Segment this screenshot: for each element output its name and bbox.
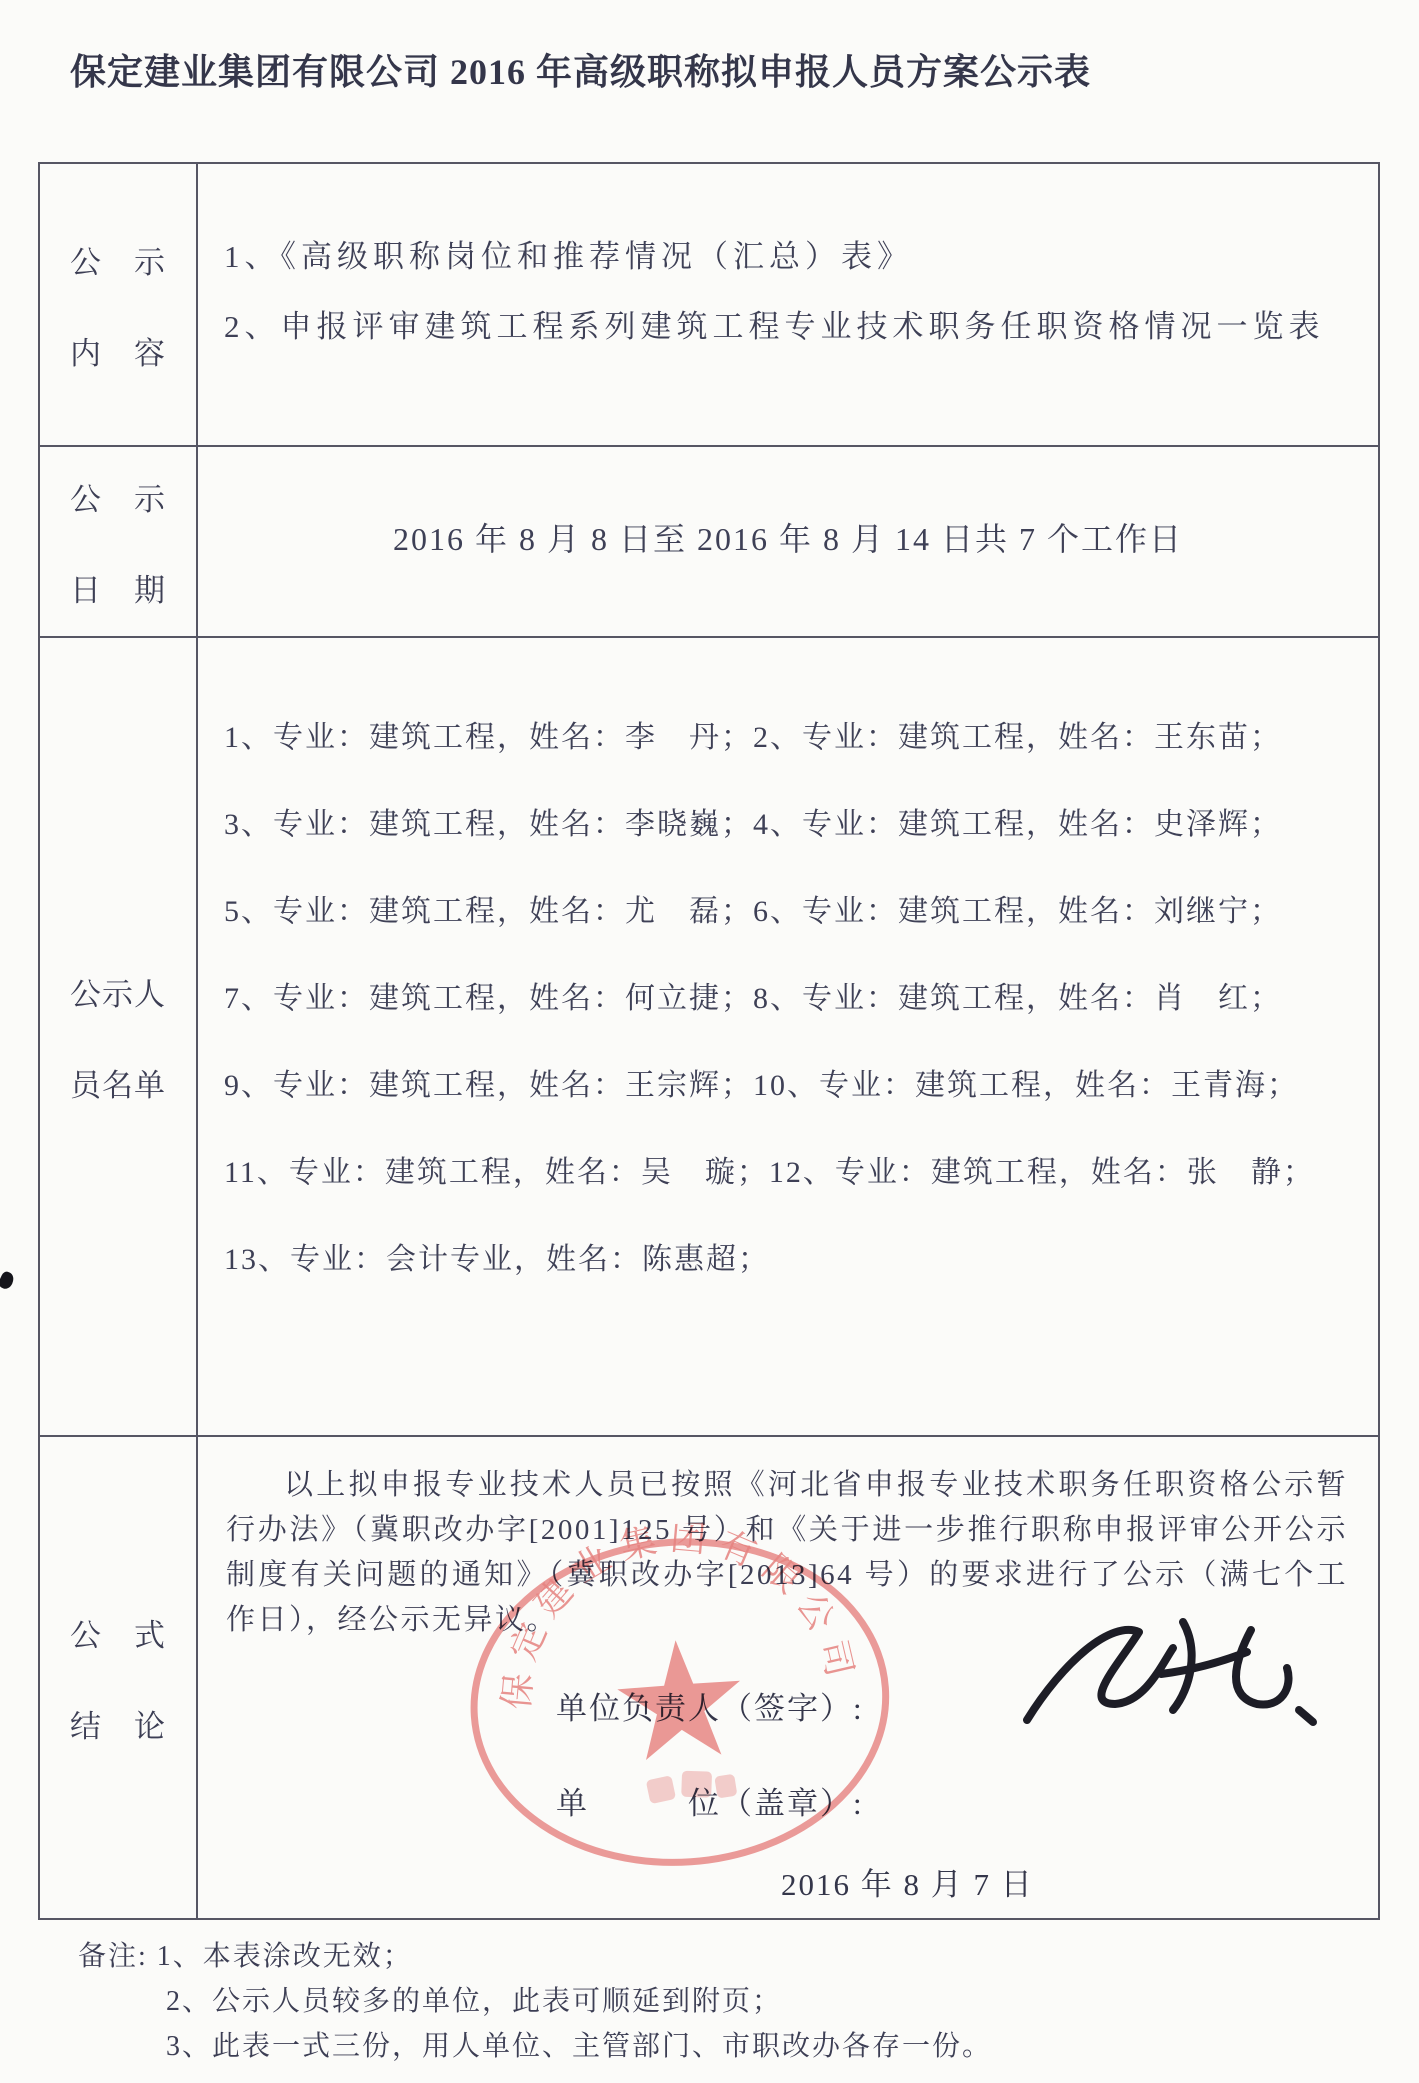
note-line: 3、此表一式三份，用人单位、主管部门、市职改办各存一份。 — [166, 2024, 992, 2069]
label-line: 公 示 — [70, 474, 166, 519]
personnel-list-cell: 1、专业：建筑工程，姓名：李 丹；2、专业：建筑工程，姓名：王东苗； 3、专业：… — [198, 638, 1378, 1435]
note-line: 2、公示人员较多的单位，此表可顺延到附页； — [166, 1979, 992, 2024]
row-conclusion: 公 式 结 论 以上拟申报专业技术人员已按照《河北省申报专业技术职务任职资格公示… — [40, 1437, 1378, 1918]
personnel-entry: 5、专业：建筑工程，姓名：尤 磊；6、专业：建筑工程，姓名：刘继宁； — [224, 868, 1352, 955]
label-line: 公 示 — [70, 237, 166, 282]
notice-table: 公 示 内 容 1、《高级职称岗位和推荐情况（汇总）表》 2、申报评审建筑工程系… — [38, 162, 1380, 1920]
personnel-entry: 11、专业：建筑工程，姓名：吴 璇；12、专业：建筑工程，姓名：张 静； — [224, 1129, 1352, 1216]
label-personnel-list: 公示人 员名单 — [40, 638, 198, 1435]
personnel-entry: 3、专业：建筑工程，姓名：李晓巍；4、专业：建筑工程，姓名：史泽辉； — [224, 781, 1352, 868]
content-item: 1、《高级职称岗位和推荐情况（汇总）表》 — [224, 222, 1352, 292]
conclusion-paragraph: 以上拟申报专业技术人员已按照《河北省申报专业技术职务任职资格公示暂行办法》（冀职… — [226, 1463, 1348, 1643]
personnel-entry: 9、专业：建筑工程，姓名：王宗辉；10、专业：建筑工程，姓名：王青海； — [224, 1042, 1352, 1129]
label-line: 结 论 — [70, 1701, 166, 1746]
notes-prefix: 备注: — [78, 1941, 148, 1972]
label-line: 公示人 — [70, 969, 166, 1014]
label-line: 内 容 — [70, 328, 166, 373]
label-public-content: 公 示 内 容 — [40, 164, 198, 445]
public-date-cell: 2016 年 8 月 8 日至 2016 年 8 月 14 日共 7 个工作日 — [198, 447, 1378, 636]
note-item: 1、本表涂改无效； — [157, 1941, 413, 1972]
conclusion-date: 2016 年 8 月 7 日 — [781, 1859, 1348, 1904]
row-public-content: 公 示 内 容 1、《高级职称岗位和推荐情况（汇总）表》 2、申报评审建筑工程系… — [40, 164, 1378, 447]
personnel-entry: 13、专业：会计专业，姓名：陈惠超； — [224, 1216, 1352, 1303]
label-line: 员名单 — [70, 1060, 166, 1105]
note-line: 备注: 1、本表涂改无效； — [78, 1934, 992, 1979]
label-line: 公 式 — [70, 1610, 166, 1655]
page-title: 保定建业集团有限公司 2016 年高级职称拟申报人员方案公示表 — [70, 44, 1091, 95]
row-personnel-list: 公示人 员名单 1、专业：建筑工程，姓名：李 丹；2、专业：建筑工程，姓名：王东… — [40, 638, 1378, 1437]
content-item: 2、申报评审建筑工程系列建筑工程专业技术职务任职资格情况一览表 — [224, 292, 1352, 362]
label-public-date: 公 示 日 期 — [40, 447, 198, 636]
row-public-date: 公 示 日 期 2016 年 8 月 8 日至 2016 年 8 月 14 日共… — [40, 447, 1378, 638]
label-line: 日 期 — [70, 565, 166, 610]
public-content-cell: 1、《高级职称岗位和推荐情况（汇总）表》 2、申报评审建筑工程系列建筑工程专业技… — [198, 164, 1378, 445]
public-date-value: 2016 年 8 月 8 日至 2016 年 8 月 14 日共 7 个工作日 — [393, 514, 1183, 560]
conclusion-cell: 以上拟申报专业技术人员已按照《河北省申报专业技术职务任职资格公示暂行办法》（冀职… — [198, 1437, 1378, 1918]
notes: 备注: 1、本表涂改无效； 2、公示人员较多的单位，此表可顺延到附页； 3、此表… — [78, 1934, 992, 2069]
signature-block: 单位负责人（签字）: 单 位（盖章）: 2016 年 8 月 7 日 — [556, 1683, 1348, 1904]
ink-blemish — [0, 1270, 16, 1291]
personnel-entry: 1、专业：建筑工程，姓名：李 丹；2、专业：建筑工程，姓名：王东苗； — [224, 694, 1352, 781]
seal-line: 单 位（盖章）: — [556, 1778, 1348, 1823]
label-conclusion: 公 式 结 论 — [40, 1437, 198, 1918]
signer-line: 单位负责人（签字）: — [556, 1683, 1348, 1728]
personnel-entry: 7、专业：建筑工程，姓名：何立捷；8、专业：建筑工程，姓名：肖 红； — [224, 955, 1352, 1042]
